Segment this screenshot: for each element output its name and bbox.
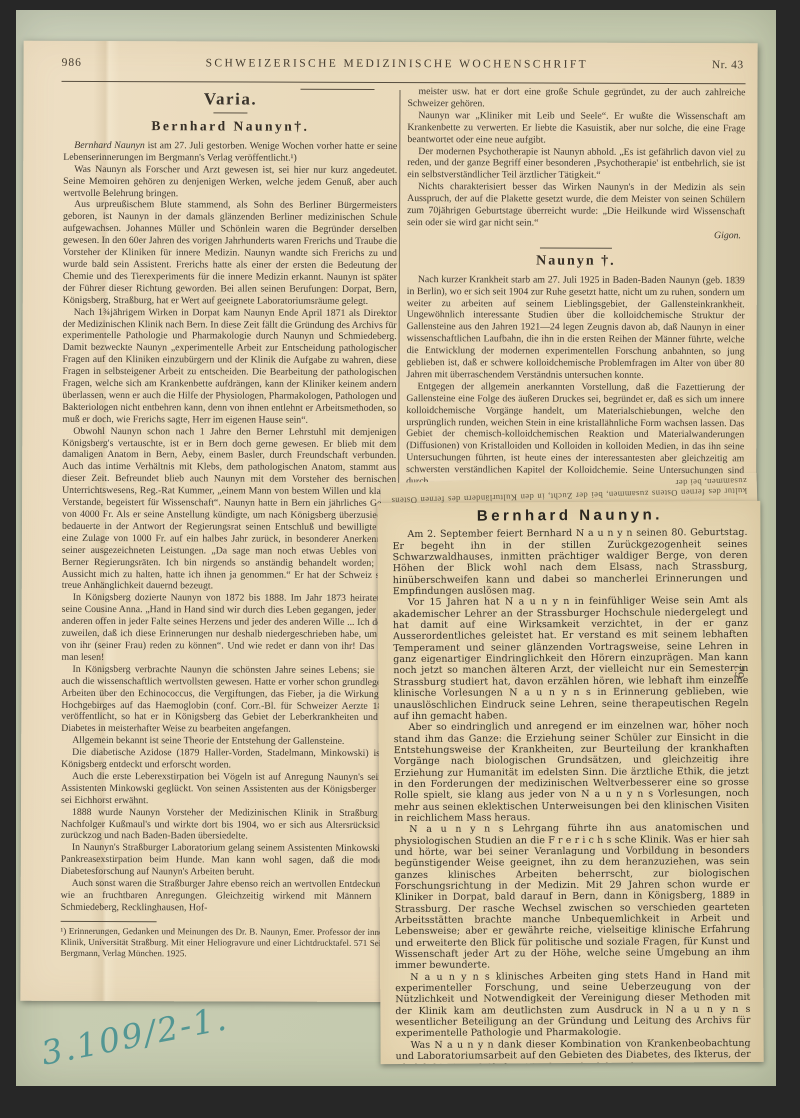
journal-title: SCHWEIZERISCHE MEDIZINISCHE WOCHENSCHRIF… <box>82 57 712 71</box>
header-rule <box>62 81 746 84</box>
pasted-newspaper-clipping: Bernhard Naunyn. Am 2. September feiert … <box>377 501 763 1064</box>
article-paragraph: Bernhard Naunyn ist am 27. Juli gestorbe… <box>63 140 397 165</box>
section-heading: Varia. <box>63 89 397 110</box>
article-paragraph: Nichts charakterisiert besser das Wirken… <box>407 181 745 230</box>
article-paragraph: meister usw. hat er dort eine große Schu… <box>407 86 745 111</box>
footnote-block: ¹) Erinnerungen, Gedanken und Meinungen … <box>60 921 394 960</box>
article-paragraph: In Königsberg dozierte Naunyn von 1872 b… <box>62 592 396 665</box>
clipping-paragraph: Was N a u n y n dank dieser Kombination … <box>396 1038 751 1064</box>
footnote-text: ¹) Erinnerungen, Gedanken und Meinungen … <box>60 926 394 960</box>
article-paragraph: In Königsberg verbrachte Naunyn die schö… <box>61 664 395 737</box>
article-paragraph: Aus urpreußischem Blute stammend, als So… <box>63 199 397 307</box>
article-paragraph: Obwohl Naunyn schon nach 1 Jahre den Ber… <box>62 426 397 594</box>
clipping-paragraph: N a u n y n s klinisches Arbeiten ging s… <box>395 970 750 1040</box>
footnote-rule <box>61 921 157 922</box>
clipping-paragraph: Am 2. September feiert Bernhard N a u n … <box>392 527 747 597</box>
section-divider-rule <box>540 247 612 248</box>
article-paragraph: Nach kurzer Krankheit starb am 27. Juli … <box>406 274 744 382</box>
article-paragraph: Naunyn war „Kliniker mit Leib und Seele“… <box>407 110 745 147</box>
article-paragraph: Nach 1¾jährigem Wirken in Dorpat kam Nau… <box>62 306 396 426</box>
clipping-paragraph: Aber so eindringlich und anregend er im … <box>394 720 750 824</box>
page-header: 986 SCHWEIZERISCHE MEDIZINISCHE WOCHENSC… <box>62 57 744 77</box>
page-number: 986 <box>62 57 82 69</box>
article-paragraph: 1888 wurde Naunyn Vorsteher der Medizini… <box>61 807 395 844</box>
article-paragraph: Der modernen Psychotherapie ist Naunyn a… <box>407 146 745 183</box>
clipping-paragraph: Vor 15 Jahren hat N a u n y n in feinfüh… <box>393 595 749 722</box>
lead-name-italic: Bernhard Naunyn <box>74 140 145 151</box>
article-paragraph: Auch die erste Leberexstirpation bei Vög… <box>61 771 395 808</box>
left-column: Varia. Bernhard Naunyn†. Bernhard Naunyn… <box>60 89 397 990</box>
obituary-heading: Naunyn †. <box>407 255 745 268</box>
section-heading-rule <box>213 112 247 113</box>
article-paragraph: Was Naunyn als Forscher und Arzt gewesen… <box>63 164 397 201</box>
clipping-paragraph: N a u n y n s Lehrgang führte ihn aus an… <box>394 822 750 972</box>
article-paragraph: Auch sonst waren die Straßburger Jahre e… <box>61 878 395 915</box>
author-signature: Gigon. <box>407 229 745 242</box>
article-paragraph: Entgegen der allgemein anerkannten Vorst… <box>406 381 744 489</box>
article-paragraph: Die diabetische Azidose (1879 Haller-Vor… <box>61 747 395 772</box>
clipping-heading: Bernhard Naunyn. <box>392 509 747 523</box>
handwritten-margin-number: 62 <box>731 665 748 680</box>
issue-number: Nr. 43 <box>712 59 744 71</box>
article-paragraph: In Naunyn's Straßburger Laboratorium gel… <box>61 842 395 879</box>
article-heading: Bernhard Naunyn†. <box>63 120 397 133</box>
